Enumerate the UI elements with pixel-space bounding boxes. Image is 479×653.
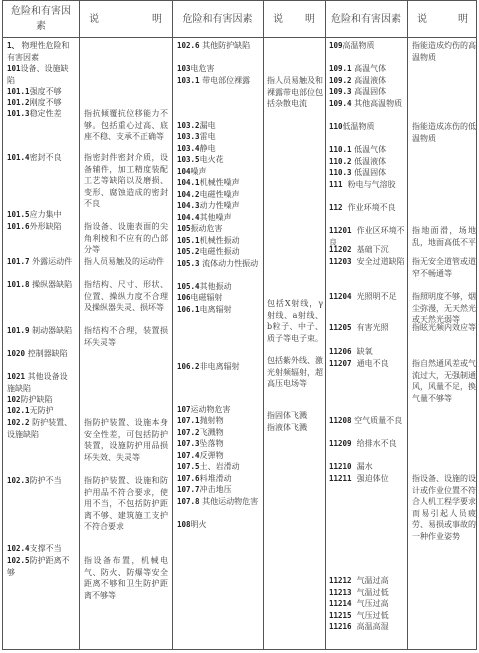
description-text: 指地面滑，场地乱，地面高低不平 [412,225,476,248]
hazard-factor-item: 107.3坠落物 [177,438,261,450]
item-label: 飞溅物 [200,428,224,437]
item-code: 107 [177,405,191,414]
hazard-factor-item: 102.5防护距离不够 [7,555,75,578]
item-code: 102.3 [7,476,30,485]
item-label: 机械性振动 [200,236,240,245]
header-ming: 明 [458,12,468,27]
item-label: 振动危害 [191,224,223,233]
header-hazard-factor-3: 危险和有害因素 [325,1,407,37]
item-code: 11209 [329,439,352,448]
item-code: 102.5 [7,556,30,565]
column-divider [407,1,408,649]
item-code: 107.7 [177,485,200,494]
description-text: 指人员易触及的运动件 [84,256,168,268]
item-label: 低温液体 [352,157,387,166]
item-code: 11208 [329,416,352,425]
hazard-factor-item: 109高温物质 [329,40,405,52]
header-shuo: 说 [273,12,283,27]
hazard-factor-item: 105振动危害 [177,223,261,235]
hazard-factor-item: 105.4其他振动 [177,281,261,293]
hazard-factor-item: 107.2飞溅物 [177,427,261,439]
description-text: 指设备布置，机械电气、防火、防爆等安全距离不够和卫生防护距离不够等 [84,555,168,601]
description-text: 包括X射线，γ射线、a射线、b粒子、中子、质子等电子束。 [267,298,323,344]
item-label: 反弹物 [200,451,224,460]
description-text: 指能造成冻伤的低温物质 [412,121,476,144]
item-label: 坠落物 [200,439,224,448]
hazard-factor-item: 111 粉电与气溶胶 [329,179,405,191]
item-code: 105 [177,224,191,233]
hazard-factor-item: 109.2 高温液体 [329,75,405,87]
item-label: 基础下沉 [352,245,389,254]
item-code: 109.1 [329,64,352,73]
hazard-factor-item: 11208 空气质量不良 [329,415,405,427]
item-label: 运动物危害 [191,405,231,414]
header-divider [3,37,476,38]
hazard-factor-item: 107.1抛射物 [177,415,261,427]
hazard-factor-item: 110.2 低温液体 [329,156,405,168]
column-divider [263,1,264,649]
description-text: 指自然通风差或气流过大，无强制通风，风量不足，换气量不够等 [412,358,476,404]
description-text: 指防护装置、设施和防护用品不符合要求，使用不当，不包括防护距离不够、建筑施工支护… [84,475,168,533]
description-text: 指能造成灼伤的高温物质 [412,40,476,63]
item-code: 11211 [329,474,352,483]
item-label: 其他高温物质 [352,99,403,108]
hazard-factor-item: 102.3防护不当 [7,475,75,487]
item-code: 11216 [329,622,352,631]
item-code: 105.4 [177,282,200,291]
item-label: 气温过高 [352,576,389,585]
hazard-factor-item: 101.5应力集中 [7,209,75,221]
hazard-factor-item: 11203 安全过道缺陷 [329,256,405,268]
item-code: 104.4 [177,213,200,222]
hazard-factor-item: 107.4反弹物 [177,450,261,462]
hazard-factor-item: 105.2电磁性振动 [177,246,261,258]
item-code: 106 [177,293,191,302]
item-code: 101.4 [7,153,30,162]
header-ming: 明 [305,12,315,27]
hazard-factor-item: 101.2刚度不够 [7,97,75,109]
item-label: 带电部位裸露 [200,76,251,85]
item-label: 气压过高 [352,599,389,608]
hazard-factor-item: 11215 气压过低 [329,610,405,622]
hazard-factor-item: 108明火 [177,519,261,531]
item-label: 高温气体 [352,64,387,73]
item-code: 102.6 [177,41,200,50]
item-code: 11214 [329,599,352,608]
item-label: 防护缺陷 [21,395,53,404]
header-ming: 明 [152,12,162,27]
hazard-factor-item: 11207 通电不良 [329,358,405,370]
hazard-factor-item: 11205 有害光照 [329,322,405,334]
hazard-factor-item: 103.4静电 [177,143,261,155]
header-hazard-factor-2: 危险和有害因素 [172,1,263,37]
item-code: 105.2 [177,247,200,256]
item-code: 11202 [329,245,352,254]
hazard-factor-table: 危险和有害因素 说 明 危险和有害因素 说 明 危险和有害因素 说 明 1、 物… [2,0,477,650]
hazard-factor-item: 110低温物质 [329,121,405,133]
item-code: 11210 [329,462,352,471]
hazard-factor-item: 11212 气温过高 [329,575,405,587]
hazard-factor-item: 102.4支撑不当 [7,543,75,555]
description-text: 指固体飞溅 指液体飞溅 [267,410,323,433]
header-description-1: 说 明 [79,1,172,37]
header-hazard-factor-1: 危险和有害因素 [3,1,79,37]
hazard-factor-item: 11213 气温过低 [329,587,405,599]
item-code: 1021 [7,372,25,381]
item-label: 电磁性振动 [200,247,240,256]
item-label: 抛射物 [200,416,224,425]
header-description-2: 说 明 [263,1,325,37]
item-code: 107.1 [177,416,200,425]
item-code: 110.3 [329,168,352,177]
item-label: 低温固体 [352,168,387,177]
description-text: 指人员易触及和裸露带电部位包括杂散电流 [267,75,323,110]
hazard-factor-item: 107.6料堆滑动 [177,473,261,485]
description-text: 指设备、设施的设计或作业位置不符合人机工程学要求而易引起人员疲劳、易损或事故的一… [412,473,476,543]
hazard-factor-item: 102.6 其他防护缺陷 [177,40,261,52]
description-text: 指照明度不够，烟尘弥漫，无天然光或天然光弱等 [412,291,476,326]
hazard-factor-item: 101.7 外露运动件 [7,256,75,268]
hazard-factor-item: 102.1无防护 [7,405,75,417]
item-label: 无防护 [30,406,54,415]
item-code: 109.4 [329,99,352,108]
item-label: 强度不够 [30,87,62,96]
item-label: 气温过低 [352,588,389,597]
hazard-factor-item: 110.3 低温固体 [329,167,405,179]
item-label: 冲击地压 [200,485,232,494]
hazard-factor-item: 11209 给排水不良 [329,438,405,450]
item-label: 电离辐射 [200,305,232,314]
column-divider [325,1,326,649]
hazard-factor-item: 103.2漏电 [177,120,261,132]
item-label: 稳定性差 [30,109,62,118]
item-code: 103.1 [177,76,200,85]
hazard-factor-item: 1021 其他设备设施缺陷 [7,371,75,394]
header-description-3: 说 明 [407,1,478,37]
hazard-factor-item: 1020 控制器缺陷 [7,348,75,360]
item-label: 粉电与气溶胶 [343,180,396,189]
item-code: 105.3 [177,259,200,268]
item-label: 料堆滑动 [200,474,232,483]
item-code: 11212 [329,576,352,585]
item-code: 101.9 [7,326,30,335]
item-label: 低温物质 [343,122,375,131]
item-code: 103.3 [177,132,200,141]
item-code: 103 [177,64,191,73]
item-code: 105.1 [177,236,200,245]
item-code: 1020 [7,349,25,358]
hazard-factor-item: 104.2电磁性噪声 [177,189,261,201]
hazard-factor-item: 11214 气压过高 [329,598,405,610]
item-code: 102.2 [7,418,30,427]
item-code: 110 [329,122,343,131]
item-label: 电火花 [200,155,224,164]
item-code: 109 [329,41,343,50]
item-label: 其他振动 [200,282,232,291]
item-label: 电磁辐射 [191,293,223,302]
item-label: 动力性噪声 [200,201,240,210]
item-code: 106.1 [177,305,200,314]
hazard-factor-item: 105.3 流体动力性振动 [177,258,261,270]
item-code: 11206 [329,347,352,356]
item-code: 110.2 [329,157,352,166]
hazard-factor-item: 1、 物理性危险和有害因素 [7,40,75,63]
description-text: 指防护装置、设施本身安全性差，可包括防护装置，设施防护用品损坏失效、失灵等 [84,417,168,463]
hazard-factor-item: 112 作业环境不良 [329,202,405,214]
item-label: 噪声 [191,167,207,176]
item-label: 其他运动物危害 [200,497,259,506]
item-code: 101.5 [7,210,30,219]
header-shuo: 说 [89,12,99,27]
hazard-factor-item: 109.1 高温气体 [329,63,405,75]
item-label: 低温气体 [352,145,387,154]
item-code: 106.2 [177,362,200,371]
item-code: 109.3 [329,87,352,96]
item-label: 作业环境不良 [343,203,396,212]
item-code: 102.4 [7,544,30,553]
item-code: 11213 [329,588,352,597]
hazard-factor-item: 101.3稳定性差 [7,108,75,120]
item-code: 101.6 [7,222,30,231]
item-code: 101 [7,64,21,73]
item-label: 有害光照 [352,323,389,332]
item-code: 107.3 [177,439,200,448]
description-text: 指密封件密封介质，设备辅件，加工精度装配工艺等缺陷以及磨损、变形、腐蚀造成的密封… [84,152,168,210]
column-divider [172,1,173,649]
item-code: 102 [7,395,21,404]
item-label: 外露运动件 [30,257,73,266]
item-code: 103.2 [177,121,200,130]
item-label: 缺氧 [352,347,373,356]
item-label: 高温液体 [352,76,387,85]
item-code: 107.5 [177,462,200,471]
description-text: 包括紫外线、激光射频辐射，超高压电场等 [267,355,323,390]
item-code: 103.5 [177,155,200,164]
hazard-factor-item: 106.1电离辐射 [177,304,261,316]
item-label: 密封不良 [30,153,62,162]
item-label: 电危害 [191,64,215,73]
item-label: 强迫体位 [352,474,389,483]
description-text: 指眩光频内效应等 [412,322,476,334]
hazard-factor-item: 104.1机械性噪声 [177,177,261,189]
hazard-factor-item: 103.1 带电部位裸露 [177,75,261,87]
item-code: 11201 [329,226,352,235]
item-code: 11204 [329,292,352,301]
item-code: 11207 [329,359,352,368]
hazard-factor-item: 102.2 防护装置、设施缺陷 [7,417,75,440]
item-label: 漏电 [200,121,216,130]
description-text: 指无安全道管或道窄不畅通等 [412,256,476,279]
item-code: 11203 [329,257,352,266]
item-code: 103.4 [177,144,200,153]
item-label: 雷电 [200,132,216,141]
item-label: 光照明不足 [352,292,397,301]
hazard-factor-item: 104.4其他噪声 [177,212,261,224]
item-code: 11205 [329,323,352,332]
hazard-factor-item: 101.8 操纵器缺陷 [7,279,75,291]
item-label: 土、岩滑动 [200,462,240,471]
item-code: 101.7 [7,257,30,266]
item-label: 控制器缺陷 [25,349,68,358]
item-code: 104.1 [177,178,200,187]
hazard-factor-item: 11204 光照明不足 [329,291,405,303]
hazard-factor-item: 11206 缺氧 [329,346,405,358]
hazard-factor-item: 107.7冲击地压 [177,484,261,496]
hazard-factor-item: 101.4密封不良 [7,152,75,164]
hazard-factor-item: 101设备、设施缺陷 [7,63,75,86]
hazard-factor-item: 11202 基础下沉 [329,244,405,256]
item-code: 110.1 [329,145,352,154]
item-code: 104.3 [177,201,200,210]
hazard-factor-item: 107运动物危害 [177,404,261,416]
item-code: 101.3 [7,109,30,118]
item-code: 107.4 [177,451,200,460]
hazard-factor-item: 104噪声 [177,166,261,178]
item-label: 高温固体 [352,87,387,96]
item-code: 104.2 [177,190,200,199]
item-label: 支撑不当 [30,544,62,553]
item-label: 高温物质 [343,41,375,50]
hazard-factor-item: 105.1机械性振动 [177,235,261,247]
item-label: 制动器缺陷 [30,326,73,335]
item-label: 机械性噪声 [200,178,240,187]
hazard-factor-item: 101.6外形缺陷 [7,221,75,233]
hazard-factor-item: 106电磁辐射 [177,292,261,304]
item-code: 107.6 [177,474,200,483]
hazard-factor-item: 104.3动力性噪声 [177,200,261,212]
hazard-factor-item: 11211 强迫体位 [329,473,405,485]
hazard-factor-item: 107.5土、岩滑动 [177,461,261,473]
item-label: 高温高湿 [352,622,389,631]
hazard-factor-item: 11210 漏水 [329,461,405,473]
hazard-factor-item: 103.5电火花 [177,154,261,166]
item-label: 操纵器缺陷 [30,280,73,289]
hazard-factor-item: 11216 高温高湿 [329,621,405,633]
item-label: 流体动力性振动 [200,259,259,268]
item-label: 安全过道缺陷 [352,257,405,266]
hazard-factor-item: 101.1强度不够 [7,86,75,98]
description-text: 指结构、尺寸、形状、位置、操纵力度不合理及操纵器失灵、损坏等 [84,279,168,314]
item-code: 108 [177,520,191,529]
hazard-factor-item: 101.9 制动器缺陷 [7,325,75,337]
item-code: 102.1 [7,406,30,415]
item-label: 电磁性噪声 [200,190,240,199]
hazard-factor-item: 109.4 其他高温物质 [329,98,405,110]
item-label: 其他噪声 [200,213,232,222]
item-code: 1、 [7,41,19,50]
item-label: 防护不当 [30,476,62,485]
hazard-factor-item: 103电危害 [177,63,261,75]
item-label: 气压过低 [352,611,389,620]
description-text: 指设备、设施表面的尖角利棱和不应有的凸部分等 [84,221,168,256]
item-label: 刚度不够 [30,98,62,107]
item-code: 101.8 [7,280,30,289]
item-label: 明火 [191,520,207,529]
item-code: 11215 [329,611,352,620]
item-label: 漏水 [352,462,373,471]
item-code: 104 [177,167,191,176]
description-text: 指结构不合理，装置损坏失灵等 [84,325,168,348]
item-label: 空气质量不良 [352,416,403,425]
column-divider [79,1,80,649]
hazard-factor-item: 107.8 其他运动物危害 [177,496,261,508]
item-label: 非电离辐射 [200,362,240,371]
item-code: 101.2 [7,98,30,107]
header-shuo: 说 [417,12,427,27]
item-label: 给排水不良 [352,439,397,448]
item-label: 其他防护缺陷 [200,41,251,50]
description-text: 指抗倾覆抗位移能力不够。包括重心过高、底座不稳、支承不正确等 [84,108,168,143]
hazard-factor-item: 109.3 高温固体 [329,86,405,98]
item-code: 101.1 [7,87,30,96]
hazard-factor-item: 102防护缺陷 [7,394,75,406]
item-code: 111 [329,180,343,189]
hazard-factor-item: 110.1 低温气体 [329,144,405,156]
item-label: 静电 [200,144,216,153]
item-code: 107.8 [177,497,200,506]
item-label: 应力集中 [30,210,62,219]
item-code: 107.2 [177,428,200,437]
hazard-factor-item: 103.3雷电 [177,131,261,143]
item-label: 外形缺陷 [30,222,62,231]
item-code: 112 [329,203,343,212]
item-label: 通电不良 [352,359,389,368]
item-code: 109.2 [329,76,352,85]
hazard-factor-item: 106.2非电离辐射 [177,361,261,373]
